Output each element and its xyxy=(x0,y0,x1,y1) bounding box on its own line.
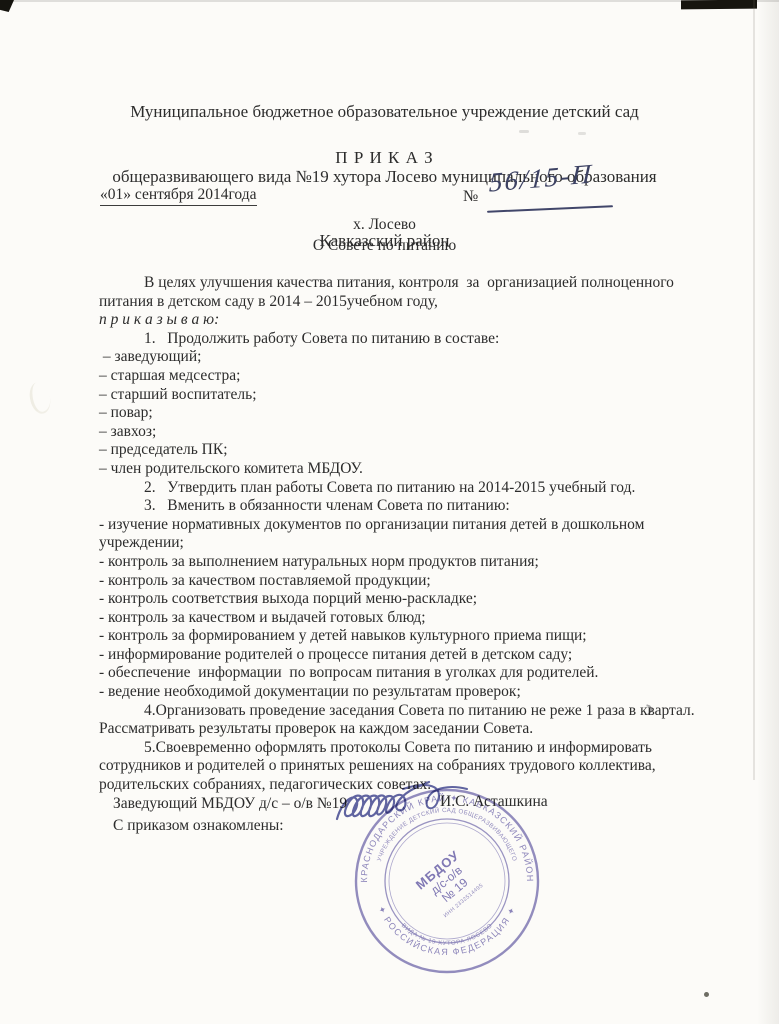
body-line: 1. Продолжить работу Совета по питанию в… xyxy=(99,330,699,349)
acknowledgement-line: С приказом ознакомлены: xyxy=(113,817,284,835)
body-line: - ведение необходимой документации по ре… xyxy=(99,683,699,702)
org-header-line: общеразвивающего вида №19 хутора Лосево … xyxy=(85,166,684,188)
body-line: - контроль за качеством и выдачей готовы… xyxy=(99,609,699,628)
document-type-title: П Р И К А З xyxy=(85,148,684,168)
scan-artifact-dot xyxy=(704,992,709,997)
body-line: – старший воспитатель; xyxy=(99,386,699,405)
body-line: – председатель ПК; xyxy=(99,441,699,460)
body-line: - обеспечение информации по вопросам пит… xyxy=(99,664,699,683)
organization-header: Муниципальное бюджетное образовательное … xyxy=(85,58,684,295)
body-line: - контроль за выполнением натуральных но… xyxy=(99,553,699,572)
body-line: – член родительского комитета МБДОУ. xyxy=(99,460,699,479)
place-line: х. Лосево xyxy=(85,216,684,234)
document-page: Муниципальное бюджетное образовательное … xyxy=(0,0,779,1024)
document-body: В целях улучшения качества питания, конт… xyxy=(99,274,699,795)
body-line: - изучение нормативных документов по орг… xyxy=(99,516,699,553)
body-line: – заведующий; xyxy=(99,348,699,367)
official-round-stamp: КРАСНОДАРСКИЙ КРАЙ ✦ КАВКАЗСКИЙ РАЙОН ✦ … xyxy=(352,786,542,976)
scan-artifact-crease-line xyxy=(753,0,755,780)
body-line: - контроль за качеством поставляемой про… xyxy=(99,572,699,591)
body-line: – завхоз; xyxy=(99,423,699,442)
scan-artifact-corner-mark xyxy=(0,0,14,12)
scan-artifact-edge-shadow xyxy=(757,0,779,1024)
scan-artifact-top-edge xyxy=(0,0,779,2)
body-line: - контроль за формированием у детей навы… xyxy=(99,627,699,646)
body-line: – повар; xyxy=(99,404,699,423)
scan-artifact-top-right-bar xyxy=(681,0,757,9)
scan-artifact-smudge xyxy=(27,380,53,415)
body-line: В целях улучшения качества питания, конт… xyxy=(99,274,699,311)
signatory-position: Заведующий МБДОУ д/с – о/в №19 xyxy=(113,795,347,813)
subject-line: О Совете по питанию xyxy=(85,237,684,255)
body-line: - контроль соответствия выхода порций ме… xyxy=(99,590,699,609)
org-header-line: Муниципальное бюджетное образовательное … xyxy=(85,101,684,123)
order-number-label: № xyxy=(463,188,478,206)
body-line: 3. Вменить в обязанности членам Совета п… xyxy=(99,497,699,516)
body-line: п р и к а з ы в а ю: xyxy=(99,311,699,330)
body-line: – старшая медсестра; xyxy=(99,367,699,386)
order-date: «01» сентября 2014года xyxy=(100,186,257,206)
body-line: 2. Утвердить план работы Совета по питан… xyxy=(99,479,699,498)
body-line: 4.Организовать проведение заседания Сове… xyxy=(99,702,699,739)
body-line: - информирование родителей о процессе пи… xyxy=(99,646,699,665)
